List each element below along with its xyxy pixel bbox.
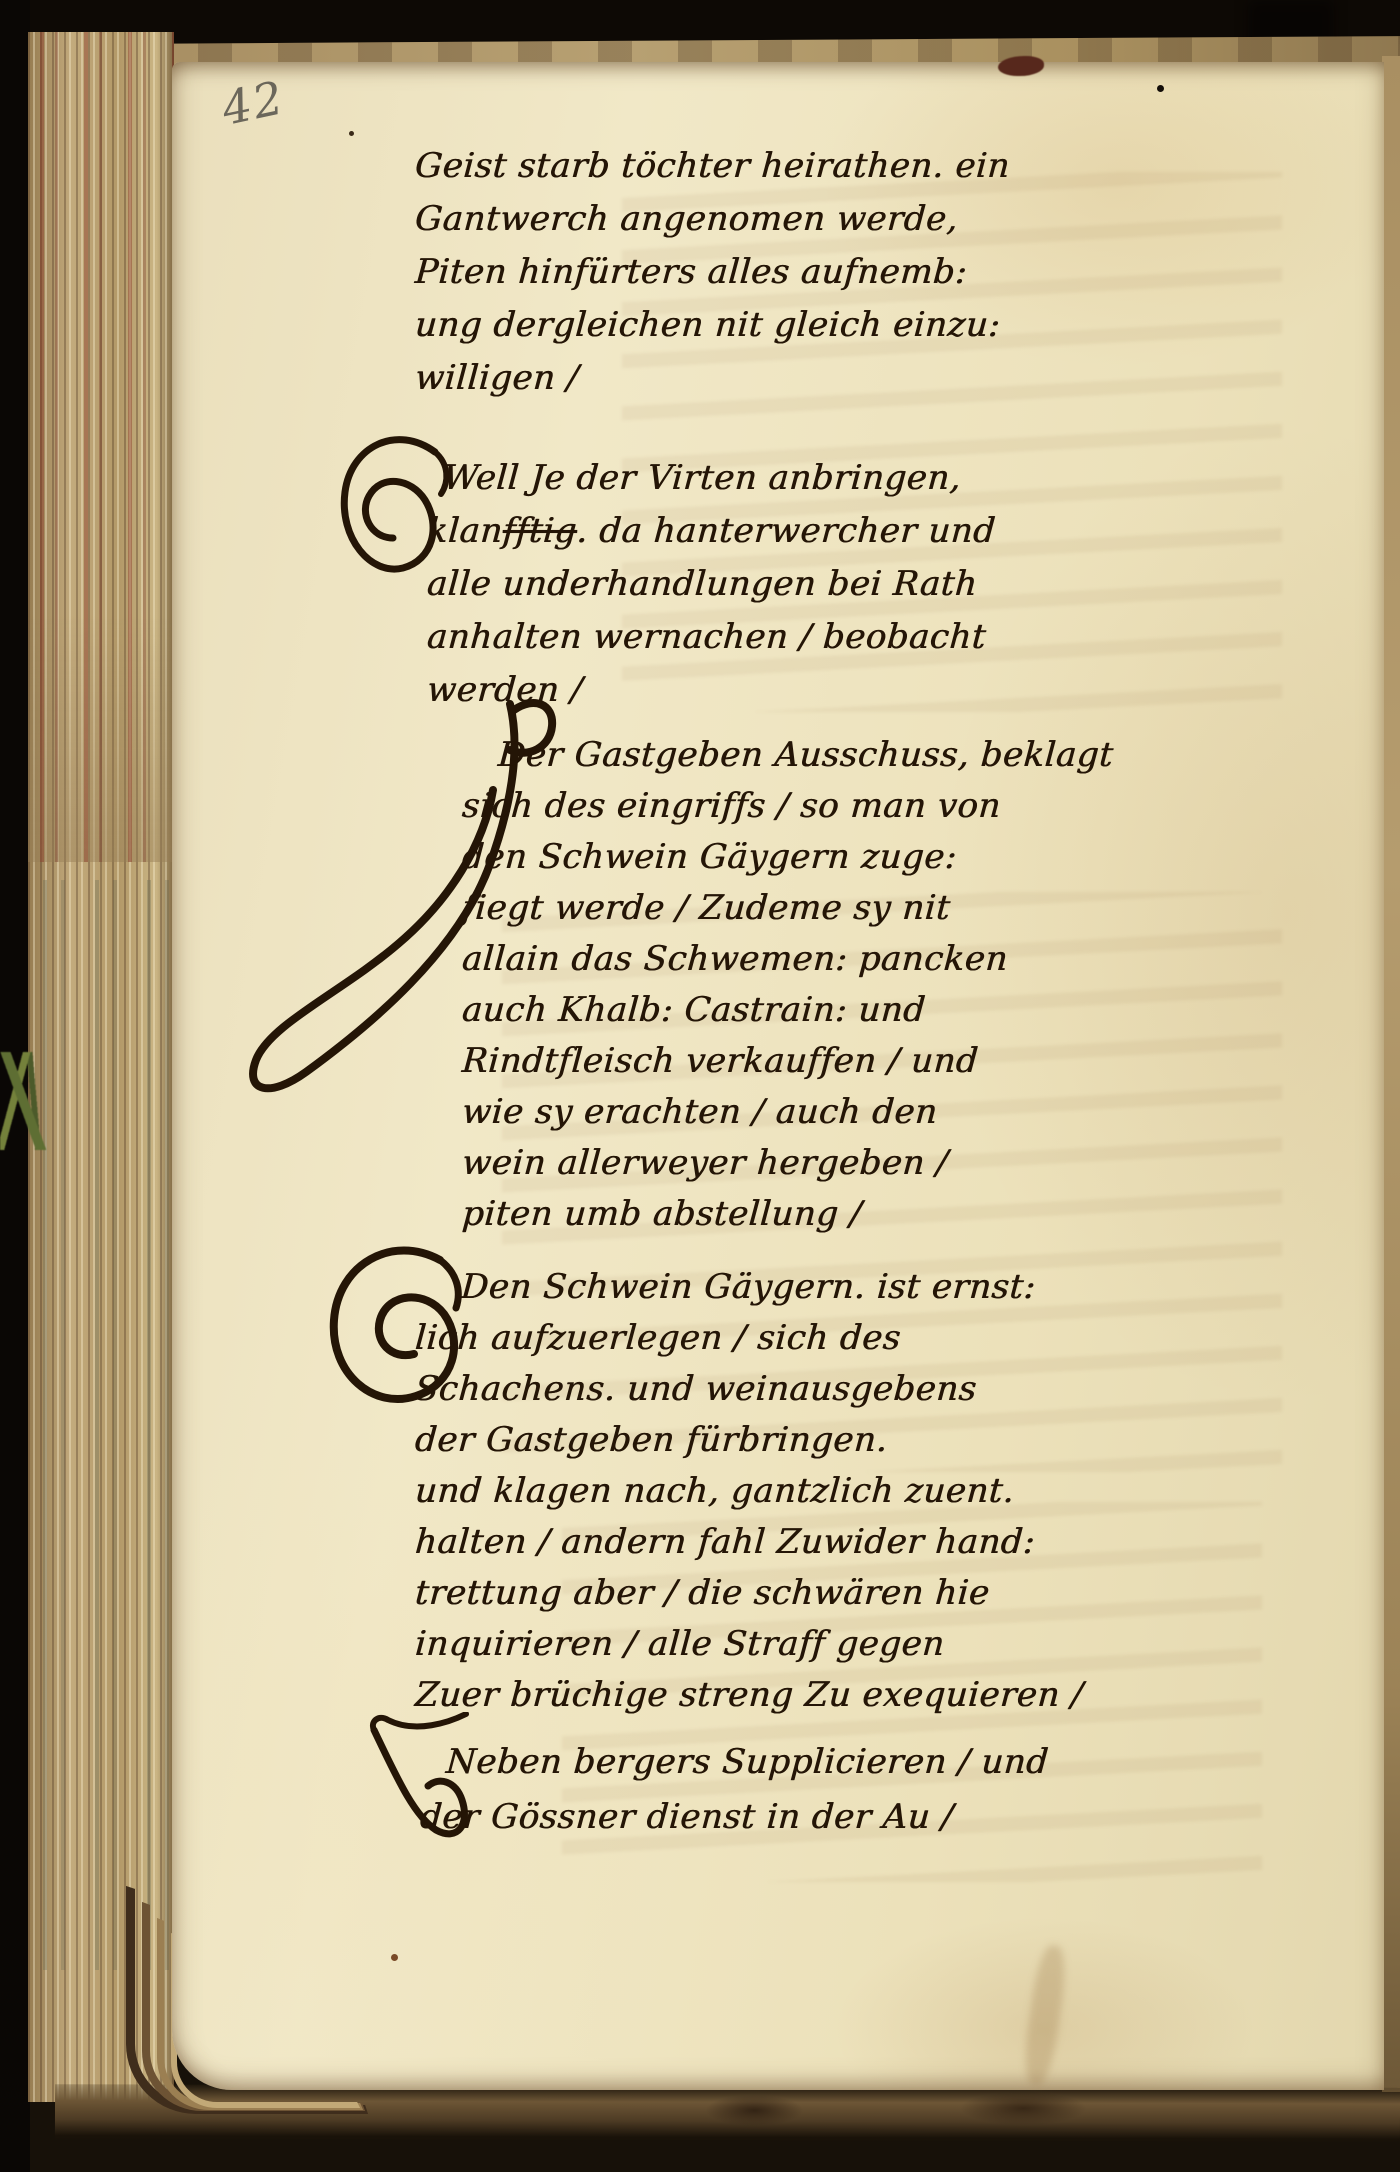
folio-number: 42 [217, 70, 289, 136]
manuscript-paragraph: Well Je der Virten anbringen,klanfftig. … [427, 452, 995, 717]
manuscript-line: ung dergleichen nit gleich einzu: [413, 299, 1011, 352]
manuscript-line: auch Khalb: Castrain: und [460, 985, 1115, 1036]
manuscript-line: willigen / [413, 352, 1011, 405]
manuscript-line: wie sy erachten / auch den [460, 1087, 1115, 1138]
fore-edge-gray-streaks [28, 880, 174, 1970]
manuscript-line: allain das Schwemen: pancken [460, 934, 1115, 985]
manuscript-line: Well Je der Virten anbringen, [441, 452, 997, 505]
manuscript-page: 42 Geist starb töchter heirathen. einGan… [172, 62, 1384, 2090]
manuscript-line: piten umb abstellung / [460, 1189, 1115, 1240]
manuscript-line: fiegt werde / Zudeme sy nit [460, 883, 1115, 934]
book-photograph: 42 Geist starb töchter heirathen. einGan… [0, 0, 1400, 2172]
manuscript-line: Neben bergers Supplicieren / und [444, 1735, 1050, 1790]
manuscript-line: Gantwerch angenomen werde, [413, 193, 1011, 246]
manuscript-line: alle underhandlungen bei Rath [425, 558, 997, 611]
manuscript-line: Rindtfleisch verkauffen / und [460, 1036, 1115, 1087]
book-right-edge [1382, 56, 1400, 2092]
manuscript-line: Piten hinfürters alles aufnemb: [413, 246, 1011, 299]
line-segment: klan [426, 511, 504, 551]
struck-word: fftig [501, 511, 578, 551]
manuscript-line: Den Schwein Gäygern. ist ernst: [459, 1262, 1085, 1313]
manuscript-line: und klagen nach, gantzlich zuent. [413, 1466, 1085, 1517]
manuscript-line: klanfftig. da hanterwercher und [425, 505, 997, 558]
manuscript-line: halten / andern fahl Zuwider hand: [413, 1517, 1085, 1568]
manuscript-line: lich aufzuerlegen / sich des [413, 1313, 1085, 1364]
fore-edge-red-streaks [28, 32, 174, 862]
ink-speck [349, 131, 354, 136]
manuscript-line: der Gössner dienst in der Au / [418, 1790, 1050, 1845]
manuscript-paragraph: Geist starb töchter heirathen. einGantwe… [415, 140, 1010, 405]
ink-speck [1157, 85, 1164, 92]
manuscript-line: Zuer brüchige streng Zu exequieren / [413, 1670, 1085, 1721]
manuscript-line: anhalten wernachen / beobacht [425, 611, 997, 664]
manuscript-line: Geist starb töchter heirathen. ein [413, 140, 1011, 193]
manuscript-line: den Schwein Gäygern zuge: [460, 832, 1115, 883]
foxing-spot [391, 1954, 398, 1961]
manuscript-line: werden / [425, 664, 997, 717]
manuscript-paragraph: Den Schwein Gäygern. ist ernst:lich aufz… [415, 1262, 1083, 1721]
manuscript-line: wein allerweyer hergeben / [460, 1138, 1115, 1189]
manuscript-line: der Gastgeben fürbringen. [413, 1415, 1085, 1466]
manuscript-line: trettung aber / die schwären hie [413, 1568, 1085, 1619]
manuscript-paragraph: Der Gastgeben Ausschuss, beklagtsich des… [462, 730, 1113, 1240]
bookmark-thread [0, 1052, 50, 1150]
line-segment: . da hanterwercher und [575, 511, 997, 551]
manuscript-paragraph: Neben bergers Supplicieren / undder Göss… [420, 1735, 1048, 1845]
manuscript-line: Der Gastgeben Ausschuss, beklagt [496, 730, 1115, 781]
manuscript-line: Schachens. und weinausgebens [413, 1364, 1085, 1415]
manuscript-line: sich des eingriffs / so man von [460, 781, 1115, 832]
manuscript-line: inquirieren / alle Straff gegen [413, 1619, 1085, 1670]
